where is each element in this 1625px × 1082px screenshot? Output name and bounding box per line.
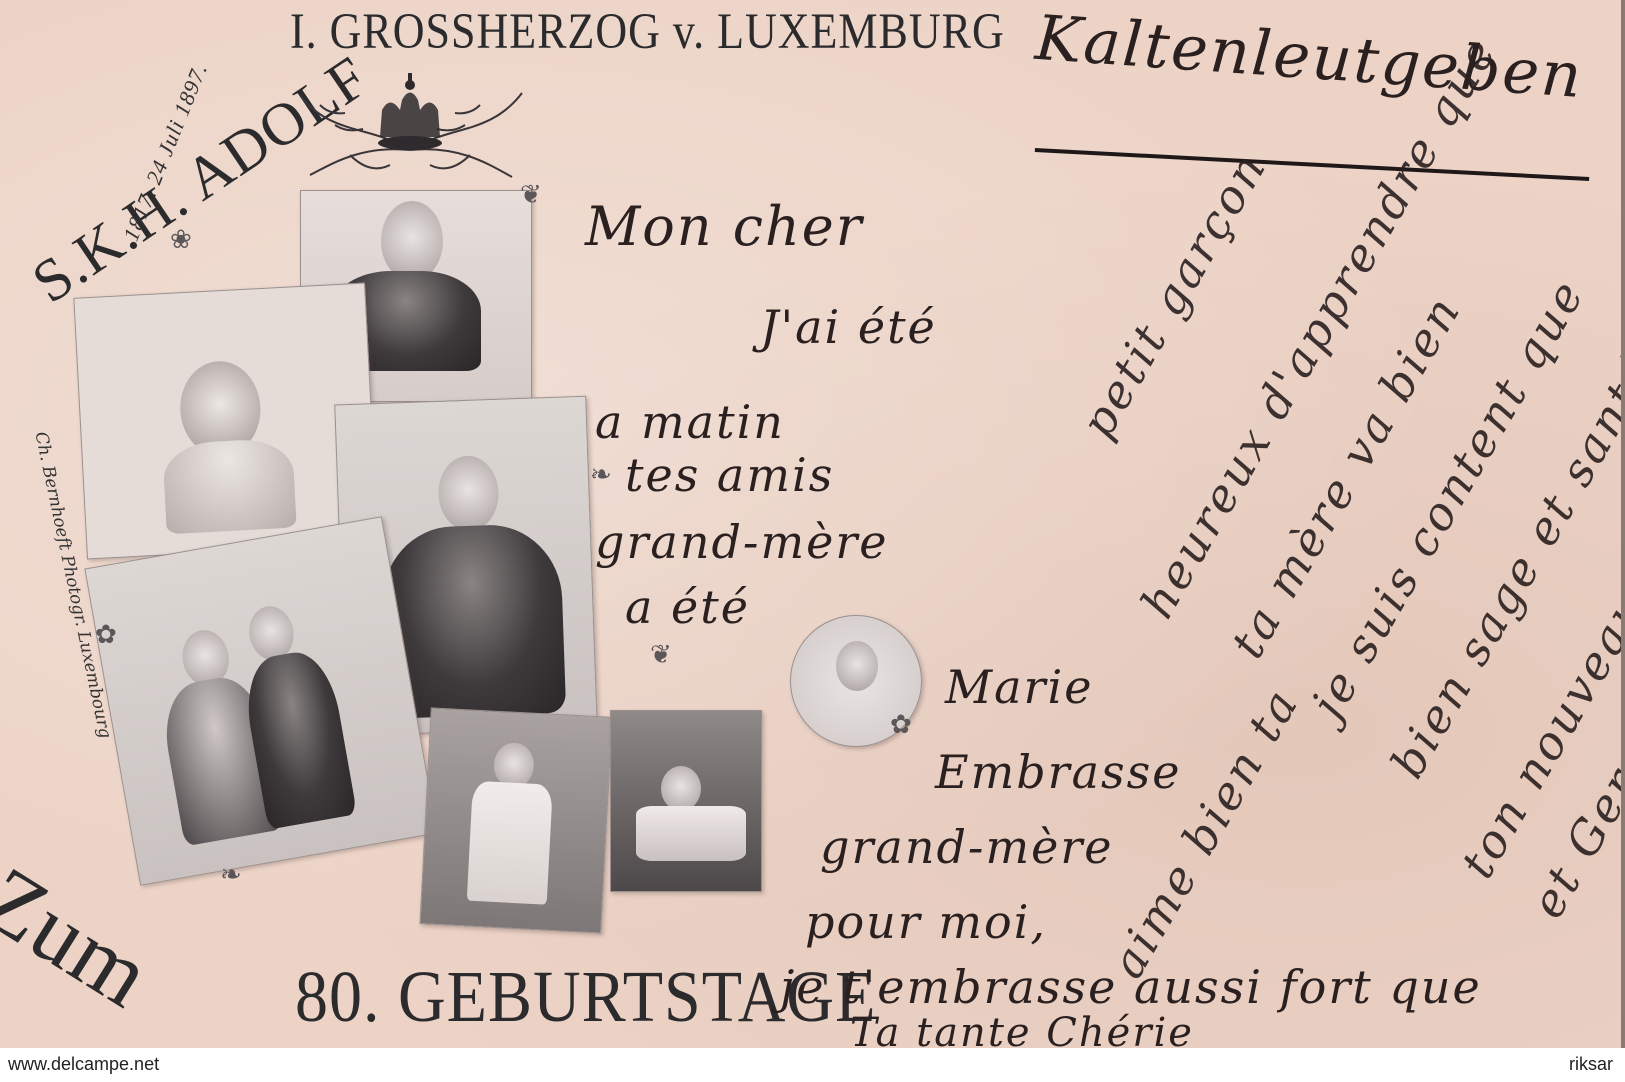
cross-written-line: aime bien ta bbox=[1100, 678, 1309, 987]
letter-line: grand-mère bbox=[820, 820, 1114, 874]
source-link[interactable]: www.delcampe.net bbox=[8, 1054, 159, 1075]
photo-girl-white-dress bbox=[419, 707, 612, 933]
letter-line: pour moi, bbox=[805, 895, 1047, 949]
letter-line: grand-mère bbox=[595, 515, 889, 569]
photo-grand-duchess bbox=[73, 283, 378, 560]
floral-vine-icon: ❧ bbox=[590, 460, 612, 490]
floral-vine-icon: ❧ bbox=[220, 860, 242, 890]
letter-line: a matin bbox=[595, 395, 785, 449]
floral-vine-icon: ❀ bbox=[170, 225, 192, 255]
letter-line: Mon cher bbox=[585, 195, 864, 258]
floral-vine-icon: ✿ bbox=[890, 710, 912, 740]
floral-vine-icon: ❦ bbox=[520, 180, 542, 210]
crown-icon bbox=[290, 55, 530, 185]
floral-vine-icon: ✿ bbox=[95, 620, 117, 650]
postcard: I. GROSSHERZOG v. LUXEMBURG S.K.H. ADOLF… bbox=[0, 0, 1625, 1048]
floral-vine-icon: ❦ bbox=[650, 640, 672, 670]
photo-seated-infant bbox=[610, 710, 762, 892]
letter-line: J'ai été bbox=[760, 300, 937, 354]
letter-line: a été bbox=[625, 580, 750, 634]
printed-title: I. GROSSHERZOG v. LUXEMBURG bbox=[290, 2, 1005, 61]
letter-signature: Ta tante Chérie bbox=[850, 1010, 1194, 1048]
letter-line: tes amis bbox=[625, 448, 834, 502]
address-strike-line bbox=[1035, 148, 1589, 181]
seller-name[interactable]: riksar bbox=[1569, 1054, 1613, 1075]
letter-line: Embrasse bbox=[935, 745, 1182, 799]
photo-two-women bbox=[84, 516, 437, 886]
letter-line: Marie bbox=[945, 660, 1093, 714]
